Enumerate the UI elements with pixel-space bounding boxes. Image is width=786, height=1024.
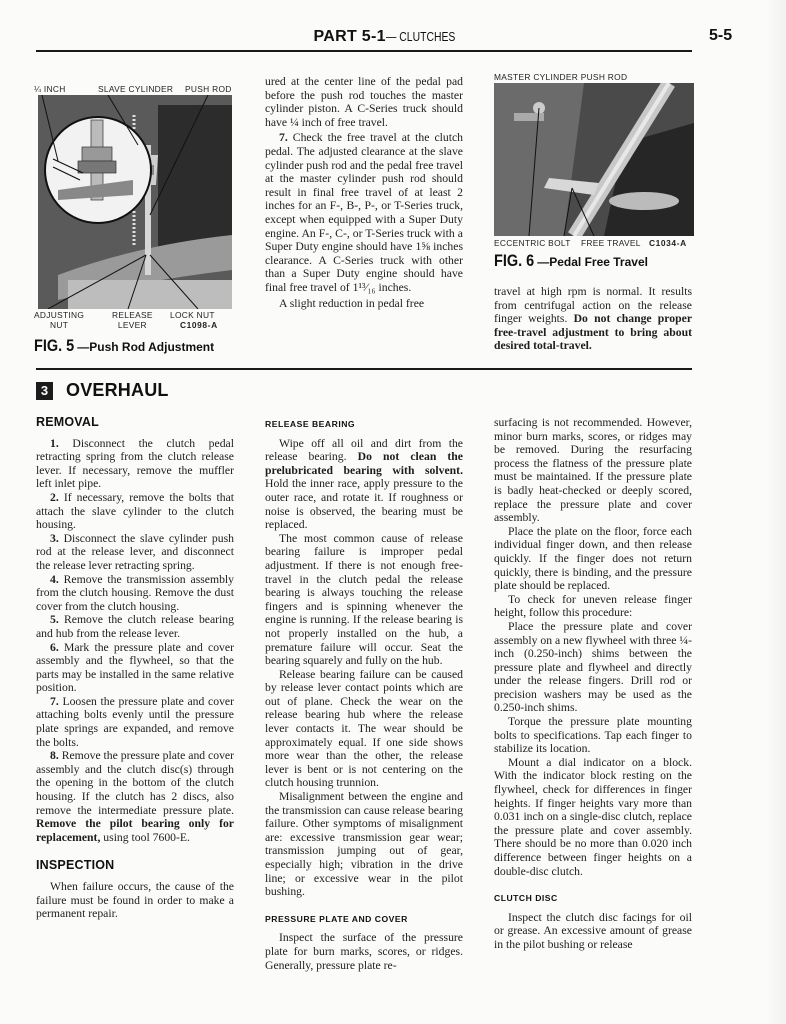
figure-6-caption: FIG. 6—Pedal Free Travel — [494, 251, 648, 271]
figure-6-number: FIG. 6 — [494, 251, 534, 271]
step-text: Check the free travel at the clutch peda… — [265, 131, 463, 294]
right-column: surfacing is not recommended. However, m… — [494, 416, 692, 952]
removal-step: 8. Remove the pressure plate and cover a… — [36, 749, 234, 844]
paragraph: surfacing is not recommended. However, m… — [494, 416, 692, 525]
paragraph: The most common cause of release bearing… — [265, 532, 463, 668]
label-adjusting-nut: ADJUSTING NUT — [34, 310, 84, 330]
step-number: 2. — [50, 491, 59, 504]
figure-5-code: C1098-A — [180, 320, 218, 330]
step-number: 6. — [50, 641, 59, 654]
top-middle-column: ured at the center line of the pedal pad… — [265, 75, 463, 310]
figure-6-code: C1034-A — [649, 238, 687, 248]
step-text: Disconnect the slave cylinder push rod a… — [36, 532, 234, 572]
removal-step: 4. Remove the transmission assembly from… — [36, 573, 234, 614]
label-release: RELEASE — [112, 310, 153, 320]
figure-6: MASTER CYLINDER PUSH ROD ECCENTRIC BOLT … — [494, 72, 704, 282]
removal-step: 1. Disconnect the clutch pedal retractin… — [36, 437, 234, 491]
paragraph: Wipe off all oil and dirt from the relea… — [265, 437, 463, 532]
part-label: PART 5-1 — [313, 28, 385, 45]
label-release-lever: RELEASE LEVER — [112, 310, 153, 330]
clutch-disc-heading: CLUTCH DISC — [494, 892, 692, 906]
section-label: — CLUTCHES — [386, 29, 455, 44]
step-text: Remove the transmission assembly from th… — [36, 573, 234, 613]
step-number: 5. — [50, 613, 59, 626]
step-7: 7. Check the free travel at the clutch p… — [265, 131, 463, 294]
step-text: If necessary, remove the bolts that atta… — [36, 491, 234, 531]
figure-5-number: FIG. 5 — [34, 336, 74, 356]
label-push-rod: PUSH ROD — [185, 84, 232, 94]
removal-step: 5. Remove the clutch release bearing and… — [36, 613, 234, 640]
top-right-column: travel at high rpm is normal. It results… — [494, 285, 692, 353]
middle-column: RELEASE BEARING Wipe off all oil and dir… — [265, 418, 463, 972]
removal-step: 6. Mark the pressure plate and cover ass… — [36, 641, 234, 695]
figure-5-caption: FIG. 5—Push Rod Adjustment — [34, 336, 214, 356]
step-number: 3. — [50, 532, 59, 545]
section-title: OVERHAUL — [66, 380, 169, 401]
step-number: 1. — [50, 437, 59, 450]
removal-step: 2. If necessary, remove the bolts that a… — [36, 491, 234, 532]
inspection-heading: INSPECTION — [36, 859, 234, 873]
page-number: 5-5 — [709, 27, 732, 45]
label-nut: NUT — [34, 320, 84, 330]
page-edge — [766, 0, 786, 1024]
paragraph: ured at the center line of the pedal pad… — [265, 75, 463, 129]
removal-heading: REMOVAL — [36, 416, 234, 430]
pedal-illustration-icon — [494, 83, 694, 236]
push-rod-photo — [38, 95, 232, 309]
label-eccentric-bolt: ECCENTRIC BOLT — [494, 238, 571, 248]
paragraph: Place the pressure plate and cover assem… — [494, 620, 692, 715]
paragraph: Inspect the clutch disc facings for oil … — [494, 911, 692, 952]
step-number: 7. — [279, 131, 288, 144]
step-number: 7. — [50, 695, 59, 708]
paragraph: travel at high rpm is normal. It results… — [494, 285, 692, 353]
figure-6-title: —Pedal Free Travel — [537, 255, 648, 269]
paragraph: Misalignment between the engine and the … — [265, 790, 463, 899]
paragraph: To check for uneven release finger heigh… — [494, 593, 692, 620]
release-bearing-heading: RELEASE BEARING — [265, 418, 463, 432]
left-column: REMOVAL 1. Disconnect the clutch pedal r… — [36, 416, 234, 921]
label-lock-nut: LOCK NUT — [170, 310, 215, 320]
push-rod-illustration-icon — [38, 95, 232, 309]
running-header: PART 5-1— CLUTCHES — [0, 28, 786, 46]
step-text: Disconnect the clutch pedal retracting s… — [36, 437, 234, 491]
label-free-travel: FREE TRAVEL — [581, 238, 641, 248]
label-quarter-inch: ¼ INCH — [34, 84, 66, 94]
label-adjusting: ADJUSTING — [34, 310, 84, 320]
section-heading: 3 OVERHAUL — [36, 380, 169, 401]
header-rule — [36, 50, 692, 52]
step-number: 4. — [50, 573, 59, 586]
step-text: Remove the clutch release bearing and hu… — [36, 613, 234, 640]
step-text: Remove the pressure plate and cover asse… — [36, 749, 234, 816]
label-lever: LEVER — [112, 320, 153, 330]
label-master-cylinder-push-rod: MASTER CYLINDER PUSH ROD — [494, 72, 627, 82]
pedal-free-travel-photo — [494, 83, 694, 236]
paragraph: When failure occurs, the cause of the fa… — [36, 880, 234, 921]
paragraph: A slight reduction in pedal free — [265, 297, 463, 311]
label-slave-cylinder: SLAVE CYLINDER — [98, 84, 173, 94]
paragraph: Inspect the surface of the pressure plat… — [265, 931, 463, 972]
removal-step: 3. Disconnect the slave cylinder push ro… — [36, 532, 234, 573]
paragraph: Torque the pressure plate mounting bolts… — [494, 715, 692, 756]
section-rule — [36, 368, 692, 370]
removal-step: 7. Loosen the pressure plate and cover a… — [36, 695, 234, 749]
step-text: Loosen the pressure plate and cover atta… — [36, 695, 234, 749]
paragraph-text: Hold the inner race, apply pressure to t… — [265, 477, 463, 531]
pressure-plate-heading: PRESSURE PLATE AND COVER — [265, 913, 463, 927]
section-number-badge: 3 — [36, 382, 53, 400]
step-text: Mark the pressure plate and cover assemb… — [36, 641, 234, 695]
step-number: 8. — [50, 749, 59, 762]
paragraph: Mount a dial indicator on a block. With … — [494, 756, 692, 878]
step-text: using tool 7600-E. — [100, 831, 190, 844]
paragraph: Release bearing failure can be caused by… — [265, 668, 463, 790]
paragraph: Place the plate on the floor, force each… — [494, 525, 692, 593]
figure-5: ¼ INCH SLAVE CYLINDER PUSH ROD — [34, 82, 234, 362]
figure-5-title: —Push Rod Adjustment — [77, 340, 214, 354]
